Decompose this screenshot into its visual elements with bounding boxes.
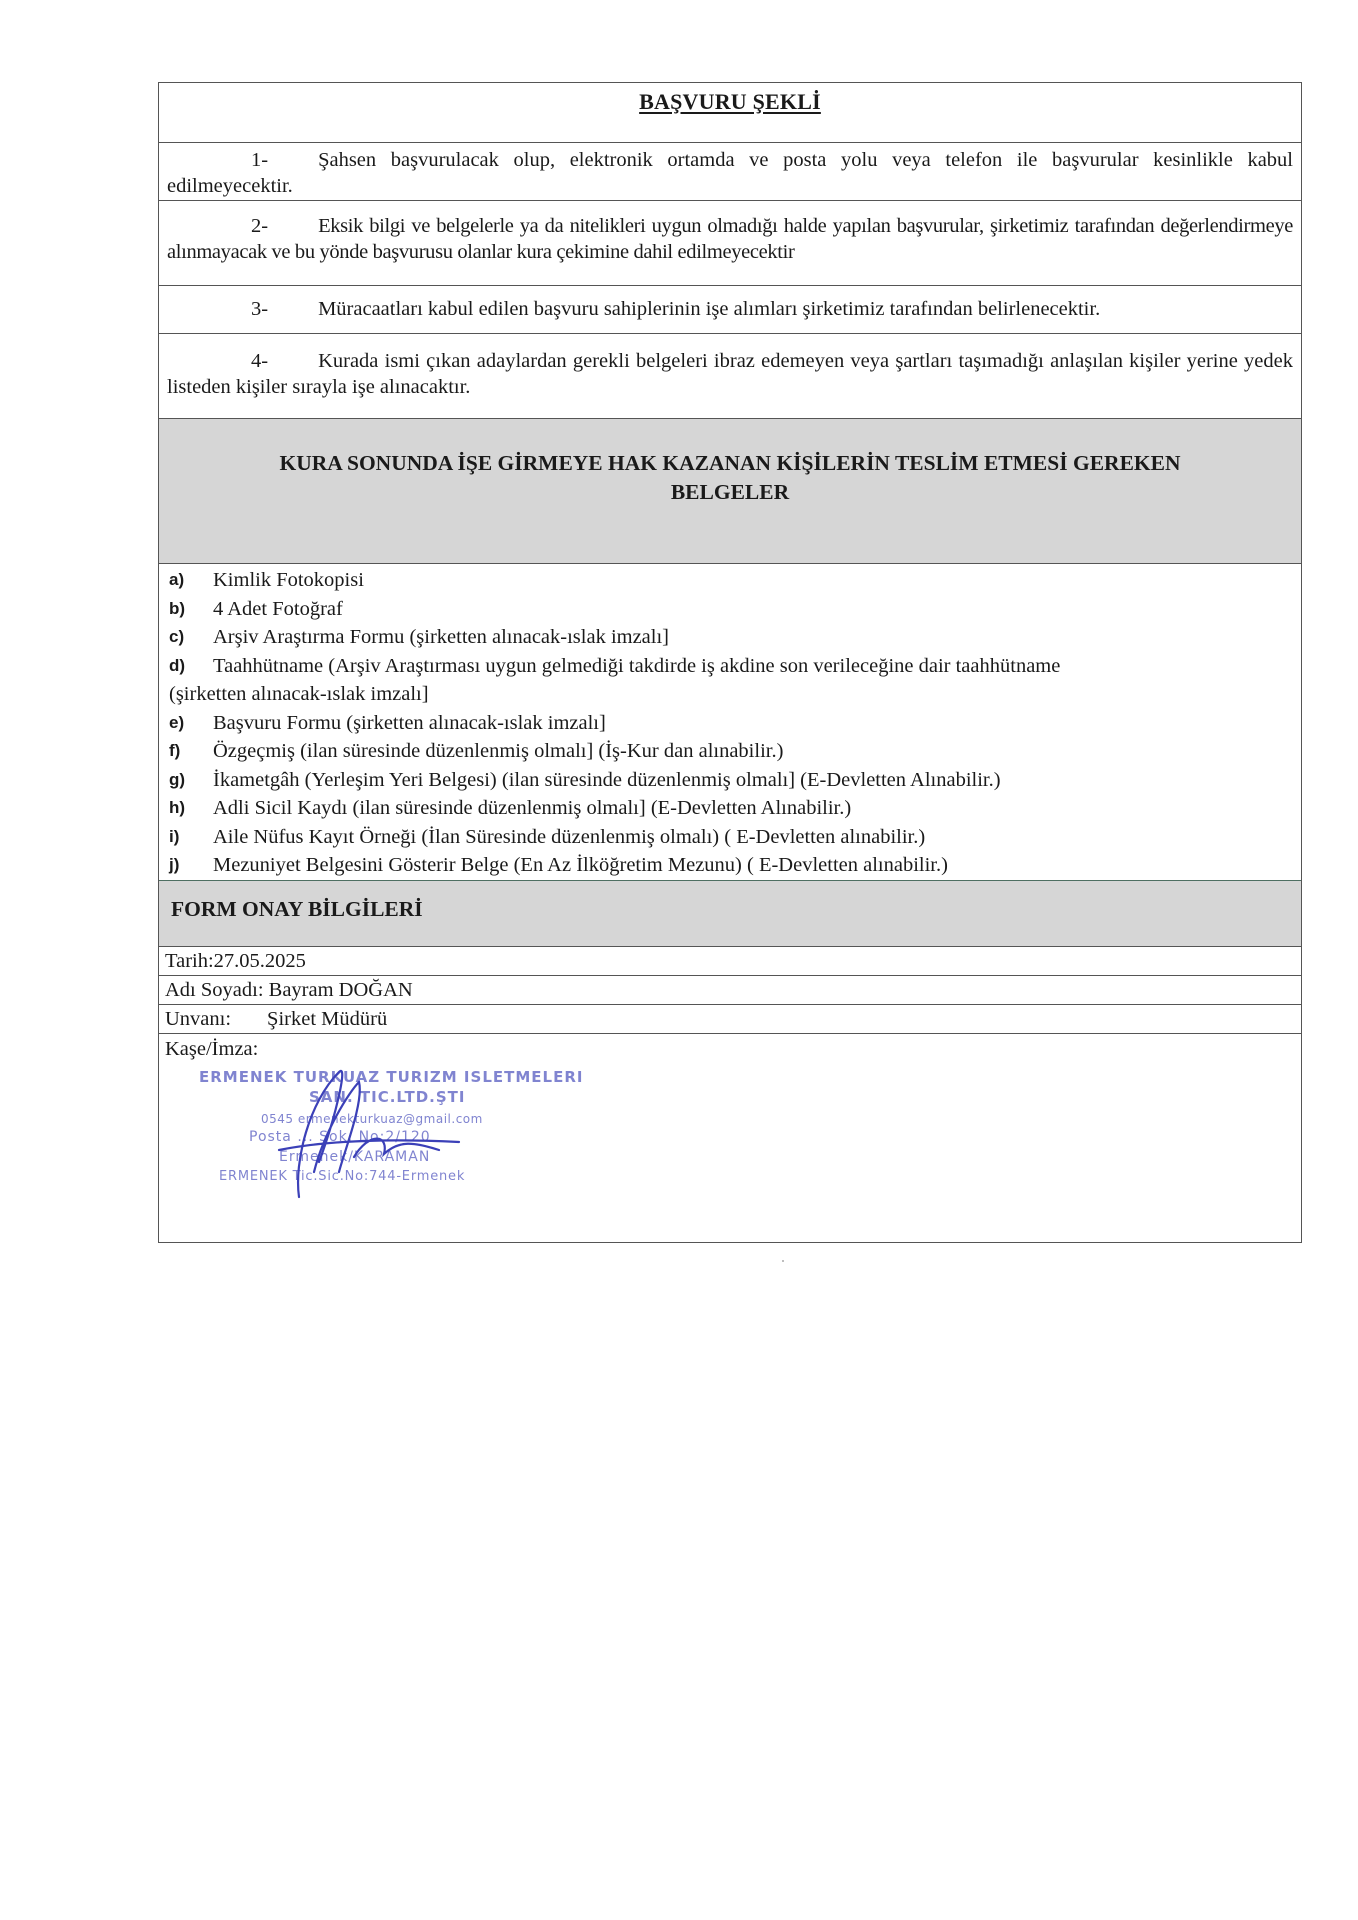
list-item-continuation: (şirketten alınacak-ıslak imzalı] bbox=[163, 680, 1297, 709]
item-text: Taahhütname (Arşiv Araştırması uygun gel… bbox=[213, 652, 1060, 681]
approval-title-row: Unvanı:Şirket Müdürü bbox=[159, 1005, 1301, 1034]
section-title-row: BAŞVURU ŞEKLİ bbox=[159, 83, 1301, 143]
item-letter: b) bbox=[163, 595, 213, 624]
rule-4: 4-Kurada ismi çıkan adaylardan gerekli b… bbox=[159, 334, 1301, 419]
rule-number: 2- bbox=[167, 213, 318, 239]
list-item: a) Kimlik Fotokopisi bbox=[163, 566, 1297, 595]
application-document: BAŞVURU ŞEKLİ 1-Şahsen başvurulacak olup… bbox=[158, 82, 1302, 1243]
approval-name: Adı Soyadı: Bayram DOĞAN bbox=[159, 976, 1301, 1005]
rule-text: Şahsen başvurulacak olup, elektronik ort… bbox=[167, 149, 1293, 197]
item-letter: c) bbox=[163, 623, 213, 652]
title-value: Şirket Müdürü bbox=[267, 1008, 387, 1030]
item-text: 4 Adet Fotoğraf bbox=[213, 595, 343, 624]
item-letter: i) bbox=[163, 823, 213, 852]
item-letter: e) bbox=[163, 709, 213, 738]
company-stamp: ERMENEK TURKUAZ TURIZM ISLETMELERI SAN. … bbox=[199, 1062, 639, 1212]
item-text: Özgeçmiş (ilan süresinde düzenlenmiş olm… bbox=[213, 737, 783, 766]
item-text: Aile Nüfus Kayıt Örneği (İlan Süresinde … bbox=[213, 823, 925, 852]
rule-number: 3- bbox=[167, 296, 318, 322]
list-item: e) Başvuru Formu (şirketten alınacak-ısl… bbox=[163, 709, 1297, 738]
rule-number: 1- bbox=[167, 147, 318, 173]
list-item: g) İkametgâh (Yerleşim Yeri Belgesi) (il… bbox=[163, 766, 1297, 795]
list-item: b) 4 Adet Fotoğraf bbox=[163, 595, 1297, 624]
rule-1: 1-Şahsen başvurulacak olup, elektronik o… bbox=[159, 143, 1301, 201]
documents-heading-line1: KURA SONUNDA İŞE GİRMEYE HAK KAZANAN KİŞ… bbox=[280, 449, 1181, 478]
rule-text: Kurada ismi çıkan adaylardan gerekli bel… bbox=[167, 350, 1293, 398]
rule-2: 2-Eksik bilgi ve belgelerle ya da niteli… bbox=[159, 201, 1301, 286]
documents-heading: KURA SONUNDA İŞE GİRMEYE HAK KAZANAN KİŞ… bbox=[159, 419, 1301, 564]
item-text: İkametgâh (Yerleşim Yeri Belgesi) (ilan … bbox=[213, 766, 1001, 795]
rule-text: Eksik bilgi ve belgelerle ya da nitelikl… bbox=[167, 215, 1293, 263]
rule-text: Müracaatları kabul edilen başvuru sahipl… bbox=[318, 298, 1100, 320]
signature-area: Kaşe/İmza: ERMENEK TURKUAZ TURIZM ISLETM… bbox=[159, 1034, 1301, 1242]
item-letter: j) bbox=[163, 851, 213, 880]
item-letter: d) bbox=[163, 652, 213, 681]
rule-number: 4- bbox=[167, 348, 318, 374]
item-text: Adli Sicil Kaydı (ilan süresinde düzenle… bbox=[213, 794, 851, 823]
section-title: BAŞVURU ŞEKLİ bbox=[639, 89, 821, 115]
list-item: i) Aile Nüfus Kayıt Örneği (İlan Süresin… bbox=[163, 823, 1297, 852]
approval-date: Tarih:27.05.2025 bbox=[159, 947, 1301, 976]
list-item: h) Adli Sicil Kaydı (ilan süresinde düze… bbox=[163, 794, 1297, 823]
scan-speck bbox=[782, 1260, 784, 1262]
item-letter: h) bbox=[163, 794, 213, 823]
item-text: Başvuru Formu (şirketten alınacak-ıslak … bbox=[213, 709, 606, 738]
title-label: Unvanı: bbox=[165, 1008, 231, 1030]
item-letter: f) bbox=[163, 737, 213, 766]
list-item: c) Arşiv Araştırma Formu (şirketten alın… bbox=[163, 623, 1297, 652]
item-text: Mezuniyet Belgesini Gösterir Belge (En A… bbox=[213, 851, 948, 880]
list-item: f) Özgeçmiş (ilan süresinde düzenlenmiş … bbox=[163, 737, 1297, 766]
list-item: j) Mezuniyet Belgesini Gösterir Belge (E… bbox=[163, 851, 1297, 880]
item-text: Arşiv Araştırma Formu (şirketten alınaca… bbox=[213, 623, 669, 652]
item-letter: g) bbox=[163, 766, 213, 795]
item-text: Kimlik Fotokopisi bbox=[213, 566, 364, 595]
rule-3: 3-Müracaatları kabul edilen başvuru sahi… bbox=[159, 286, 1301, 334]
documents-list: a) Kimlik Fotokopisi b) 4 Adet Fotoğraf … bbox=[159, 564, 1301, 881]
form-approval-heading: FORM ONAY BİLGİLERİ bbox=[159, 881, 1301, 947]
signature-icon bbox=[239, 1062, 499, 1212]
item-letter: a) bbox=[163, 566, 213, 595]
list-item: d) Taahhütname (Arşiv Araştırması uygun … bbox=[163, 652, 1297, 681]
signature-label: Kaşe/İmza: bbox=[165, 1038, 258, 1060]
documents-heading-line2: BELGELER bbox=[671, 478, 789, 507]
